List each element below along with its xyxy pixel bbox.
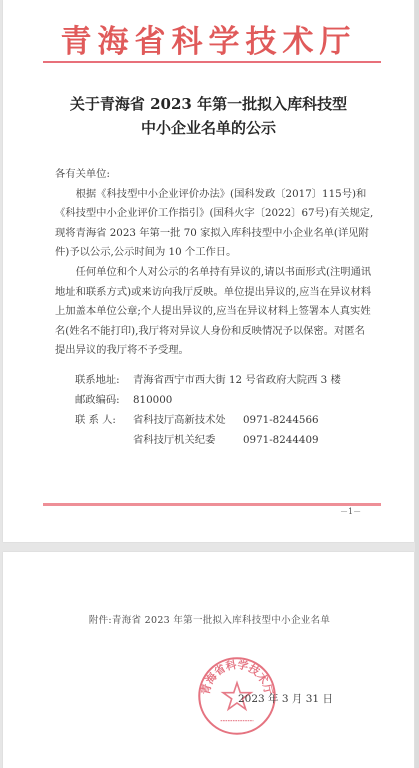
- contact-person-label: 联 系 人:: [75, 410, 133, 430]
- contact-phone: 0971-8244409: [243, 430, 319, 450]
- document-page-1: 青海省科学技术厅 关于青海省 2023 年第一批拟入库科技型 中小企业名单的公示…: [3, 0, 414, 542]
- salutation: 各有关单位:: [55, 165, 375, 185]
- address-row: 联系地址: 青海省西宁市西大街 12 号省政府大院西 3 楼: [75, 370, 341, 390]
- document-body: 各有关单位: 根据《科技型中小企业评价办法》(国科发政〔2017〕115号)和《…: [55, 165, 375, 361]
- body-paragraph-1: 根据《科技型中小企业评价办法》(国科发政〔2017〕115号)和《科技型中小企业…: [55, 185, 375, 263]
- contact-unit: 省科技厅机关纪委: [133, 430, 243, 450]
- page-number: －1－: [340, 506, 361, 517]
- contact-person-row: 联 系 人: 省科技厅高新技术处 0971-8244566: [75, 410, 341, 430]
- scrollbar-track[interactable]: [415, 0, 419, 768]
- footer-red-rule: [43, 503, 381, 506]
- contact-phone: 0971-8244566: [243, 410, 319, 430]
- title-line-1: 关于青海省 2023 年第一批拟入库科技型: [3, 92, 414, 116]
- contact-person-row: 省科技厅机关纪委 0971-8244409: [75, 430, 341, 450]
- document-date: 2023 年 3 月 31 日: [238, 691, 333, 706]
- contact-unit: 省科技厅高新技术处: [133, 410, 243, 430]
- contact-block: 联系地址: 青海省西宁市西大街 12 号省政府大院西 3 楼 邮政编码: 810…: [75, 370, 341, 450]
- address-value: 青海省西宁市西大街 12 号省政府大院西 3 楼: [133, 370, 341, 390]
- letterhead-title: 青海省科学技术厅: [3, 16, 414, 61]
- postcode-row: 邮政编码: 810000: [75, 390, 341, 410]
- postcode-value: 810000: [133, 390, 172, 410]
- document-title: 关于青海省 2023 年第一批拟入库科技型 中小企业名单的公示: [3, 92, 414, 140]
- attachment-note: 附件:青海省 2023 年第一批拟入库科技型中小企业名单: [0, 612, 419, 626]
- title-line-2: 中小企业名单的公示: [3, 116, 414, 140]
- letterhead-red-rule: [43, 61, 381, 63]
- postcode-label: 邮政编码:: [75, 390, 133, 410]
- address-label: 联系地址:: [75, 370, 133, 390]
- body-paragraph-2: 任何单位和个人对公示的名单持有异议的,请以书面形式(注明通讯地址和联系方式)或来…: [55, 263, 375, 361]
